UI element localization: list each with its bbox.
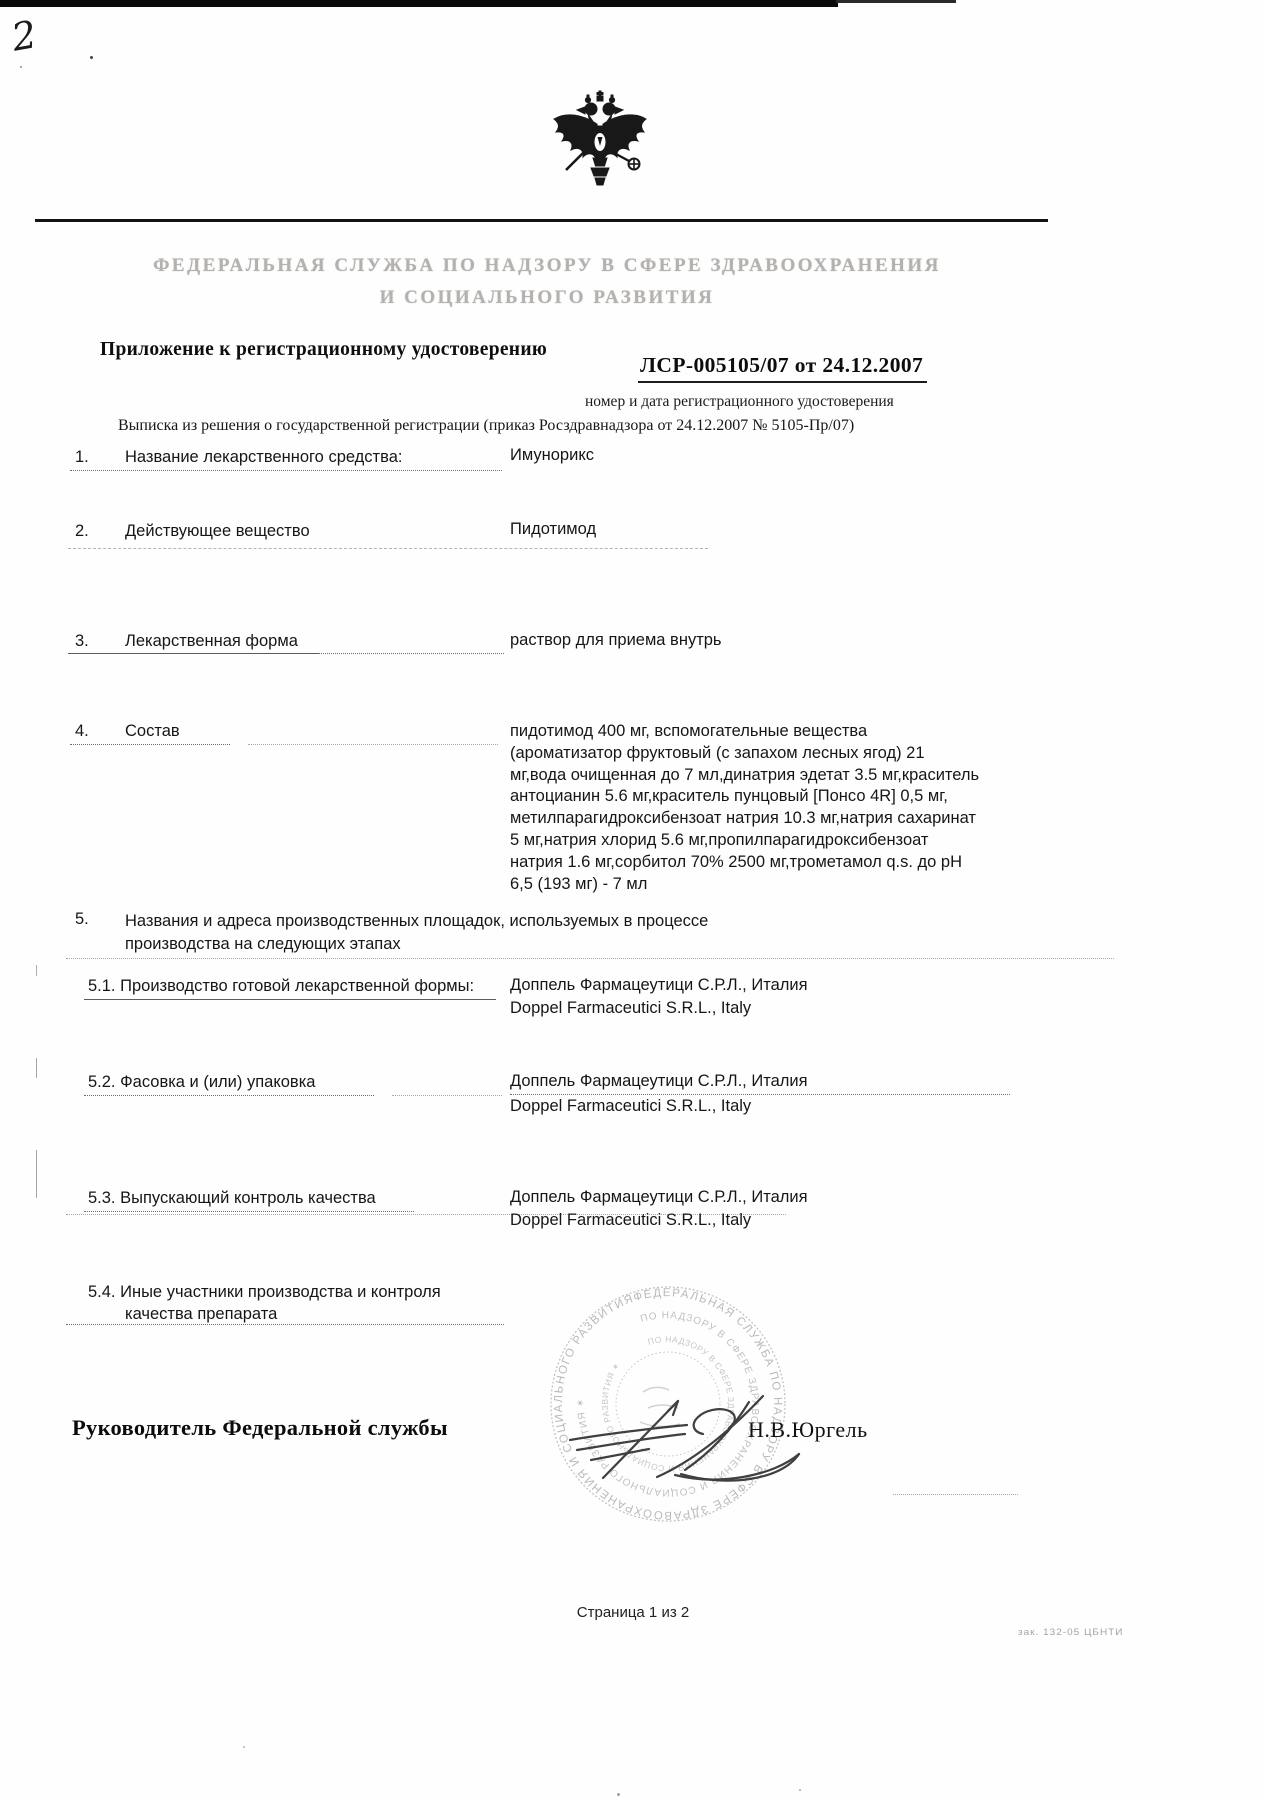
ink-speck	[617, 1793, 620, 1796]
subitem-5-3-label: 5.3. Выпускающий контроль качества	[88, 1189, 376, 1208]
item-5-label: Названия и адреса производственных площа…	[125, 910, 805, 955]
subitem-5-1-underline	[84, 999, 496, 1000]
item-2-label: Действующее вещество	[125, 522, 310, 541]
subitem-5-2-value-ru: Доппель Фармацеутици С.Р.Л., Италия	[510, 1072, 808, 1091]
item-4-underline	[70, 744, 230, 745]
item-4-value: пидотимод 400 мг, вспомогательные вещест…	[510, 721, 1030, 895]
page-counter: Страница 1 из 2	[473, 1604, 793, 1621]
subitem-5-3-underline	[84, 1211, 414, 1212]
item-1-value: Имунорикс	[510, 446, 594, 465]
item-4-underline-dots	[248, 744, 498, 745]
subitem-5-1-value-ru: Доппель Фармацеутици С.Р.Л., Италия	[510, 976, 808, 995]
item-4-label: Состав	[125, 722, 180, 741]
item-3-underline-dots	[318, 653, 504, 654]
subitem-5-3-value-ru: Доппель Фармацеутици С.Р.Л., Италия	[510, 1188, 808, 1207]
signer-role: Руководитель Федеральной службы	[72, 1415, 448, 1441]
subitem-5-1-value-en: Doppel Farmaceutici S.R.L., Italy	[510, 999, 751, 1018]
registration-number-caption: номер и дата регистрационного удостовере…	[585, 393, 894, 411]
subitem-5-2-underline-dots	[392, 1095, 502, 1096]
agency-name: ФЕДЕРАЛЬНАЯ СЛУЖБА ПО НАДЗОРУ В СФЕРЕ ЗД…	[132, 250, 962, 314]
ink-speck	[243, 1746, 245, 1748]
subitem-5-4-underline	[66, 1324, 504, 1325]
print-shop-code: зак. 132-05 ЦБНТИ	[1018, 1628, 1123, 1638]
ink-speck	[20, 66, 22, 68]
subitem-5-4-label: 5.4. Иные участники производства и контр…	[88, 1282, 545, 1325]
margin-mark	[36, 1150, 37, 1198]
item-1-label: Название лекарственного средства:	[125, 448, 402, 467]
item-2-value: Пидотимод	[510, 520, 596, 539]
scan-edge-strip-thin	[836, 0, 956, 3]
item-1-number: 1.	[75, 448, 89, 467]
item-4-number: 4.	[75, 722, 89, 741]
extract-line: Выписка из решения о государственной рег…	[118, 417, 854, 435]
ink-speck	[90, 56, 93, 59]
item-3-label: Лекарственная форма	[125, 632, 298, 651]
subitem-5-2-value-underline	[510, 1094, 1010, 1095]
subitem-5-2-label: 5.2. Фасовка и (или) упаковка	[88, 1073, 315, 1092]
subitem-5-1-label: 5.1. Производство готовой лекарственной …	[88, 977, 474, 996]
scan-edge-strip	[0, 0, 838, 7]
handwritten-page-number: 2	[8, 12, 39, 60]
margin-mark	[36, 965, 37, 976]
item-5-underline	[66, 958, 1114, 959]
registration-number: ЛСР-005105/07 от 24.12.2007	[638, 353, 927, 383]
subitem-5-2-underline	[84, 1095, 374, 1096]
subitem-5-3-value-en: Doppel Farmaceutici S.R.L., Italy	[510, 1211, 751, 1230]
item-2-number: 2.	[75, 522, 89, 541]
ink-speck	[799, 1789, 801, 1791]
document-title: Приложение к регистрационному удостовере…	[100, 339, 547, 361]
item-5-number: 5.	[75, 910, 89, 929]
agency-name-line2: И СОЦИАЛЬНОГО РАЗВИТИЯ	[132, 282, 962, 314]
item-1-underline	[70, 470, 502, 471]
item-2-underline	[68, 548, 708, 549]
agency-name-line1: ФЕДЕРАЛЬНАЯ СЛУЖБА ПО НАДЗОРУ В СФЕРЕ ЗД…	[132, 250, 962, 282]
item-3-underline	[68, 653, 318, 654]
header-divider	[35, 219, 1048, 222]
item-3-number: 3.	[75, 632, 89, 651]
subitem-5-2-value-en: Doppel Farmaceutici S.R.L., Italy	[510, 1097, 751, 1116]
signature-dotted-line	[893, 1494, 1018, 1495]
margin-mark	[36, 1058, 37, 1078]
russian-coat-of-arms-icon	[550, 90, 650, 188]
signer-name: Н.В.Юргель	[748, 1417, 868, 1443]
document-page: 2	[0, 0, 1264, 1800]
item-3-value: раствор для приема внутрь	[510, 631, 722, 650]
